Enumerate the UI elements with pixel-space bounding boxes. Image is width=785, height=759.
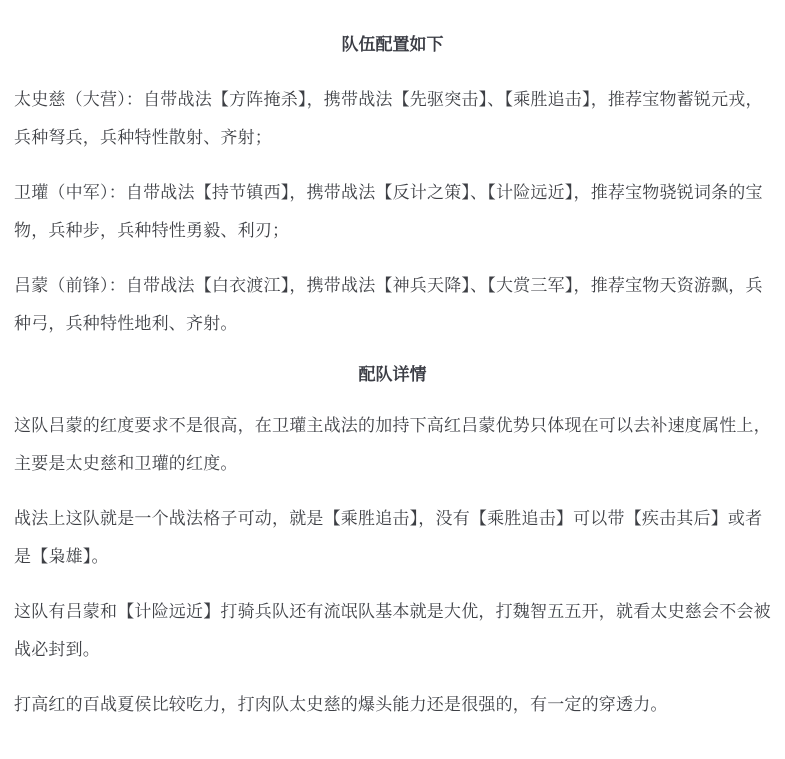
heading-team-config: 队伍配置如下 <box>14 26 771 64</box>
paragraph-lvmeng-config: 吕蒙（前锋）：自带战法【白衣渡江】，携带战法【神兵天降】、【大赏三军】，推荐宝物… <box>14 267 771 343</box>
heading-team-detail: 配队详情 <box>14 360 771 390</box>
paragraph-taishici-config: 太史慈（大营）：自带战法【方阵掩杀】，携带战法【先驱突击】、【乘胜追击】，推荐宝… <box>14 81 771 157</box>
paragraph-weiguan-config: 卫瓘（中军）：自带战法【持节镇西】，携带战法【反计之策】、【计险远近】，推荐宝物… <box>14 174 771 250</box>
paragraph-redness-requirement: 这队吕蒙的红度要求不是很高，在卫瓘主战法的加持下高红吕蒙优势只体现在可以去补速度… <box>14 407 771 483</box>
paragraph-tactic-slot: 战法上这队就是一个战法格子可动，就是【乘胜追击】，没有【乘胜追击】可以带【疾击其… <box>14 500 771 576</box>
paragraph-matchups: 这队有吕蒙和【计险远近】打骑兵队还有流氓队基本就是大优，打魏智五五开，就看太史慈… <box>14 593 771 669</box>
article: 队伍配置如下 太史慈（大营）：自带战法【方阵掩杀】，携带战法【先驱突击】、【乘胜… <box>0 26 785 724</box>
paragraph-penetration: 打高红的百战夏侯比较吃力，打肉队太史慈的爆头能力还是很强的，有一定的穿透力。 <box>14 686 771 724</box>
